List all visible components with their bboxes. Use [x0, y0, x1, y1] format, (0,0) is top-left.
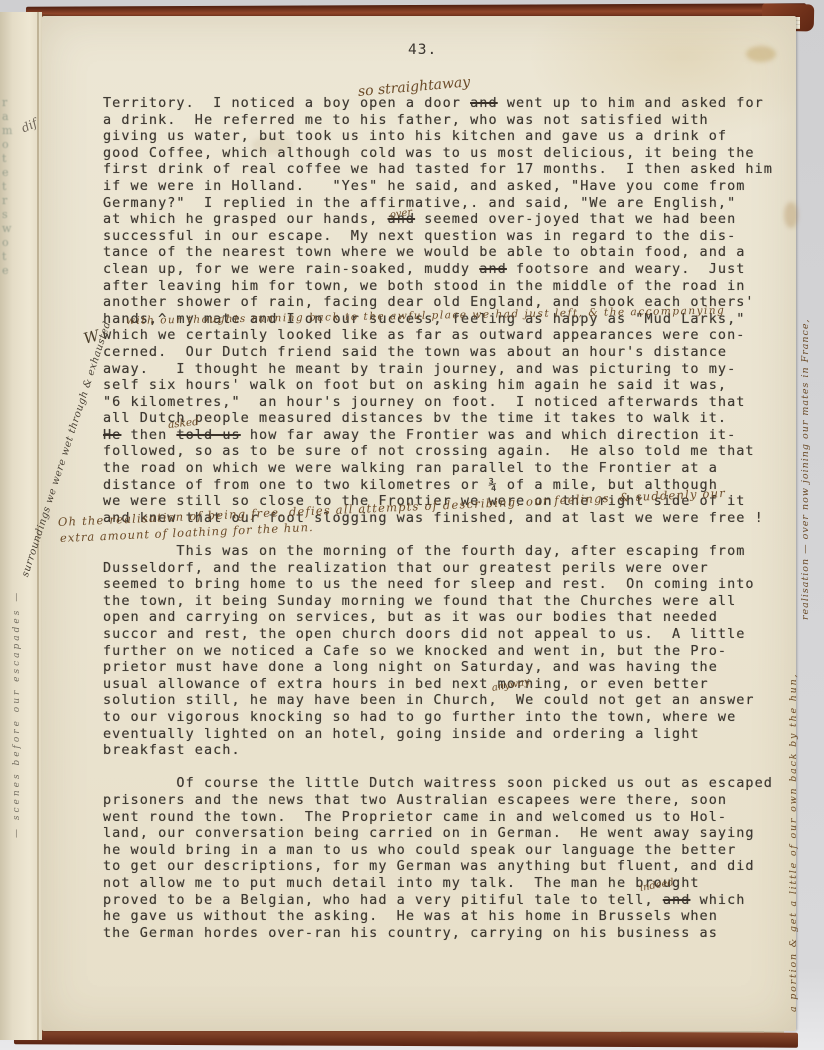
- typed-line: successful in our escape. My next questi…: [103, 228, 803, 245]
- typed-line: further on we noticed a Cafe so we knock…: [103, 643, 803, 660]
- typed-line: giving us water, but took us into his ki…: [103, 128, 803, 145]
- typed-line: self six hours' walk on foot but on aski…: [103, 377, 803, 394]
- typed-line: first drink of real coffee we had tasted…: [103, 161, 803, 178]
- typed-line: distance of from one to two kilometres o…: [103, 477, 803, 494]
- typed-line: if we were in Holland. "Yes" he said, an…: [103, 178, 803, 195]
- typed-line: breakfast each.: [103, 742, 803, 759]
- typed-line: followed, so as to be sure of not crossi…: [103, 443, 803, 460]
- typed-line: [103, 526, 803, 543]
- typed-line: all Dutch people measured distances bv t…: [103, 410, 803, 427]
- stain: [746, 46, 776, 62]
- typed-line: hands,^ my mate and I on our success, fe…: [103, 311, 803, 328]
- typed-line: a drink. He referred me to his father, w…: [103, 112, 803, 129]
- book: 43. Territory. I noticed a boy open a do…: [0, 0, 824, 1050]
- typed-line: land, our conversation being carried on …: [103, 825, 803, 842]
- typed-line: the German hordes over-ran his country, …: [103, 925, 803, 942]
- typed-line: This was on the morning of the fourth da…: [103, 543, 803, 560]
- typed-line: after leaving him for town, we both stoo…: [103, 278, 803, 295]
- typed-line: eventually lighted on an hotel, going in…: [103, 726, 803, 743]
- book-cover-bottom-edge: [14, 1029, 798, 1047]
- typed-line: to our vigorous knocking so had to go fu…: [103, 709, 803, 726]
- typed-line: prisoners and the news that two Australi…: [103, 792, 803, 809]
- typed-line: not allow me to put much detail into my …: [103, 875, 803, 892]
- typed-line: at which he grasped our hands, and seeme…: [103, 211, 803, 228]
- typed-line: Of course the little Dutch waitress soon…: [103, 775, 803, 792]
- typed-line: he gave us without the asking. He was at…: [103, 908, 803, 925]
- typed-line: which we certainly looked like as far as…: [103, 327, 803, 344]
- typed-line: "6 kilometres," an hour's journey on foo…: [103, 394, 803, 411]
- typed-line: the road on which we were walking ran pa…: [103, 460, 803, 477]
- typed-line: prietor must have done a long night on S…: [103, 659, 803, 676]
- scanner-background: 43. Territory. I noticed a boy open a do…: [0, 0, 824, 1050]
- typed-line: open and carrying on services, but as it…: [103, 609, 803, 626]
- typed-line: another shower of rain, facing dear old …: [103, 294, 803, 311]
- typed-line: cerned. Our Dutch friend said the town w…: [103, 344, 803, 361]
- typed-line: tance of the nearest town where we would…: [103, 244, 803, 261]
- typed-line: went round the town. The Proprietor came…: [103, 809, 803, 826]
- typed-line: Territory. I noticed a boy open a door a…: [103, 95, 803, 112]
- typed-line: to get our descriptions, for my German w…: [103, 858, 803, 875]
- page-number: 43.: [408, 42, 437, 58]
- typed-line: and knew that our foot slogging was fini…: [103, 510, 803, 527]
- typed-line: He then told us how far away the Frontie…: [103, 427, 803, 444]
- typed-line: seemed to bring home to us the need for …: [103, 576, 803, 593]
- typed-line: [103, 759, 803, 776]
- typed-line: Dusseldorf, and the realization that our…: [103, 560, 803, 577]
- typed-line: Germany?" I replied in the affirmative,.…: [103, 195, 803, 212]
- typed-line: he would bring in a man to us who could …: [103, 842, 803, 859]
- typed-text-block: Territory. I noticed a boy open a door a…: [103, 95, 803, 941]
- typed-line: proved to be a Belgian, who had a very p…: [103, 892, 803, 909]
- manuscript-page: 43. Territory. I noticed a boy open a do…: [42, 16, 796, 1031]
- previous-page-edges: [0, 12, 42, 1040]
- typed-line: clean up, for we were rain-soaked, muddy…: [103, 261, 803, 278]
- typed-line: succor and rest, the open church doors d…: [103, 626, 803, 643]
- typed-line: we were still so close to the Frontier w…: [103, 493, 803, 510]
- typed-line: solution still, he may have been in Chur…: [103, 692, 803, 709]
- typed-line: away. I thought he meant by train journe…: [103, 361, 803, 378]
- typed-line: usual allowance of extra hours in bed ne…: [103, 676, 803, 693]
- typed-line: the town, it being Sunday morning we fou…: [103, 593, 803, 610]
- typed-line: good Coffee, which although cold was to …: [103, 145, 803, 162]
